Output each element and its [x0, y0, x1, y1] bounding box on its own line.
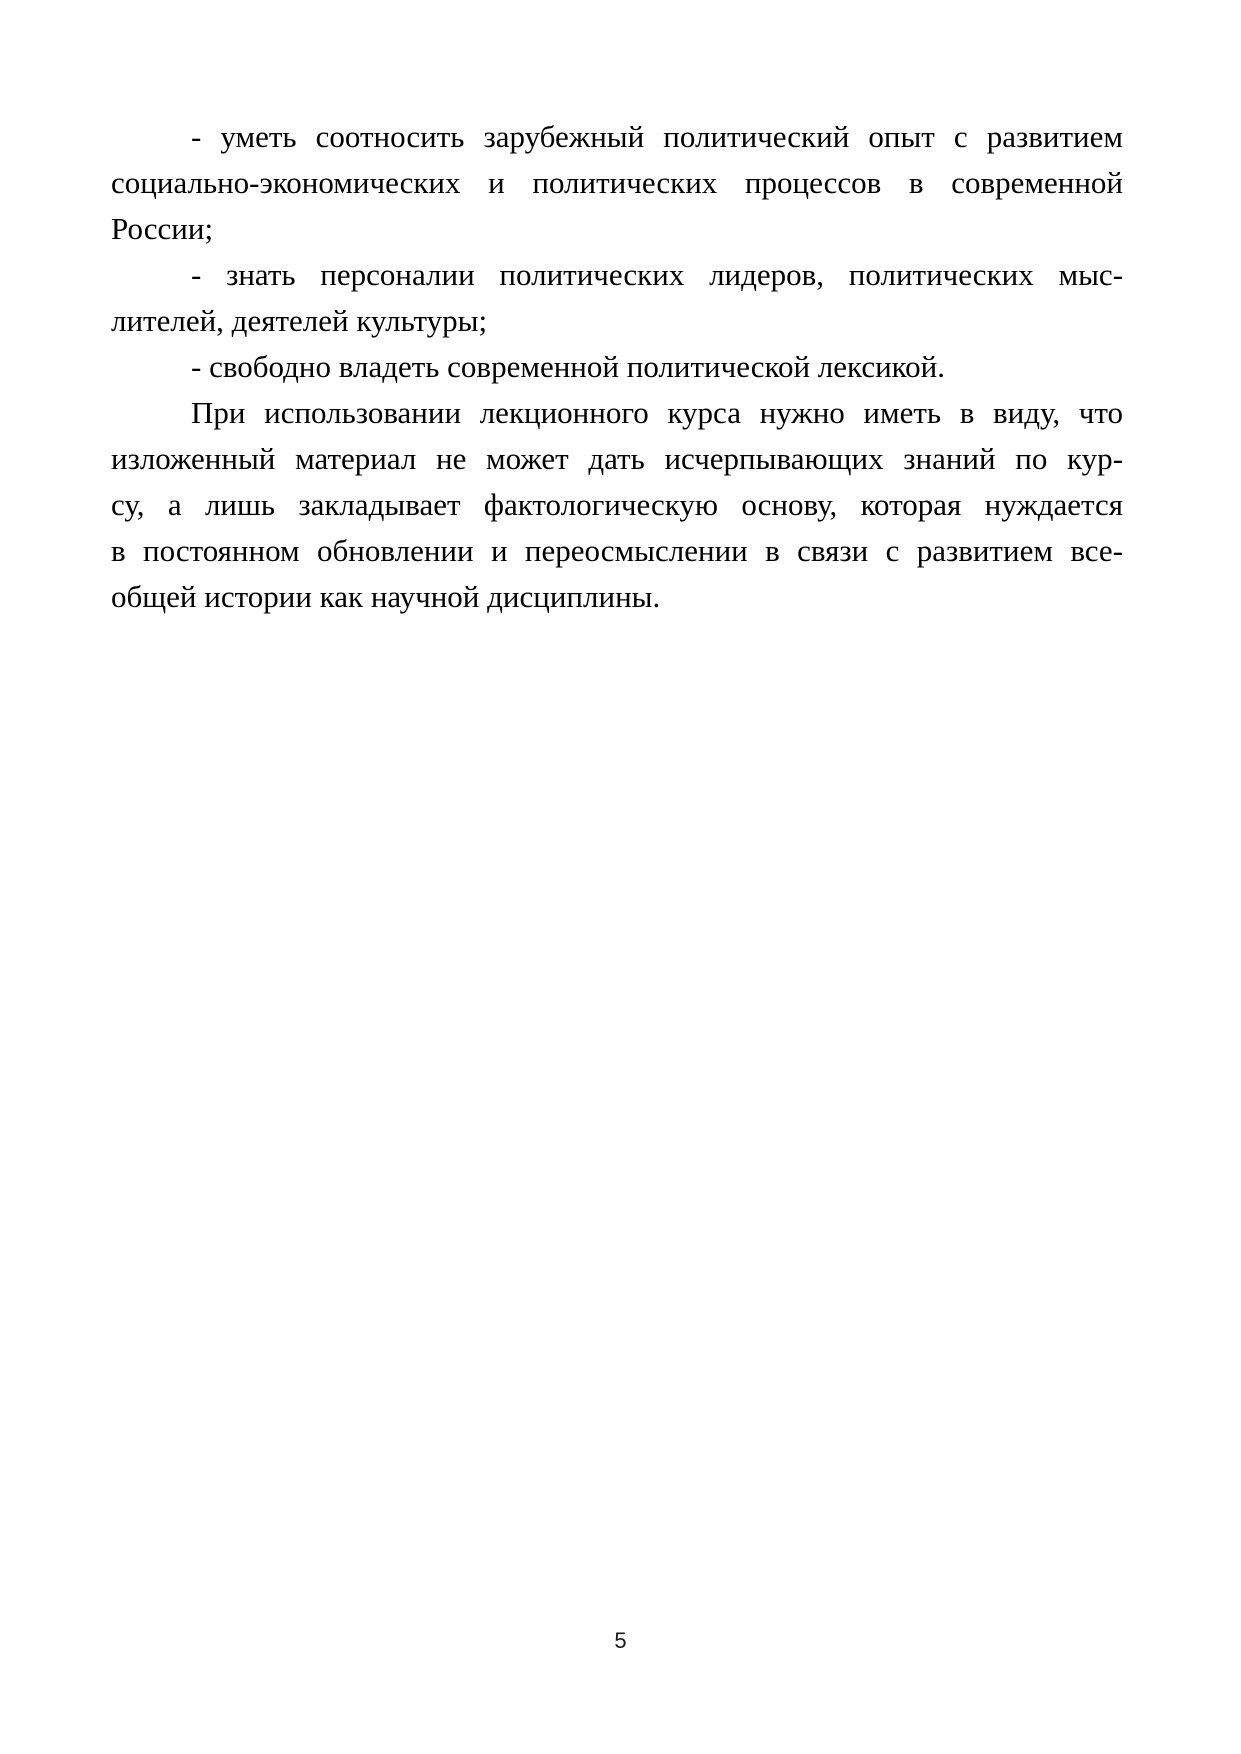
text-line: изложенный материал не может дать исчерп… — [111, 436, 1123, 482]
page-number: 5 — [0, 1628, 1241, 1654]
text-line: социально-экономических и политических п… — [111, 160, 1123, 206]
text-line: лителей, деятелей культуры; — [111, 298, 1123, 344]
text-line: в постоянном обновлении и переосмыслении… — [111, 528, 1123, 574]
text-line: общей истории как научной дисциплины. — [111, 574, 1123, 620]
document-page: - уметь соотносить зарубежный политическ… — [0, 0, 1241, 1754]
text-block: - уметь соотносить зарубежный политическ… — [111, 114, 1123, 620]
text-line: су, а лишь закладывает фактологическую о… — [111, 482, 1123, 528]
text-line: - свободно владеть современной политичес… — [111, 344, 1123, 390]
text-line: - знать персоналии политических лидеров,… — [111, 252, 1123, 298]
text-line: При использовании лекционного курса нужн… — [111, 390, 1123, 436]
text-line: - уметь соотносить зарубежный политическ… — [111, 114, 1123, 160]
text-line: России; — [111, 206, 1123, 252]
